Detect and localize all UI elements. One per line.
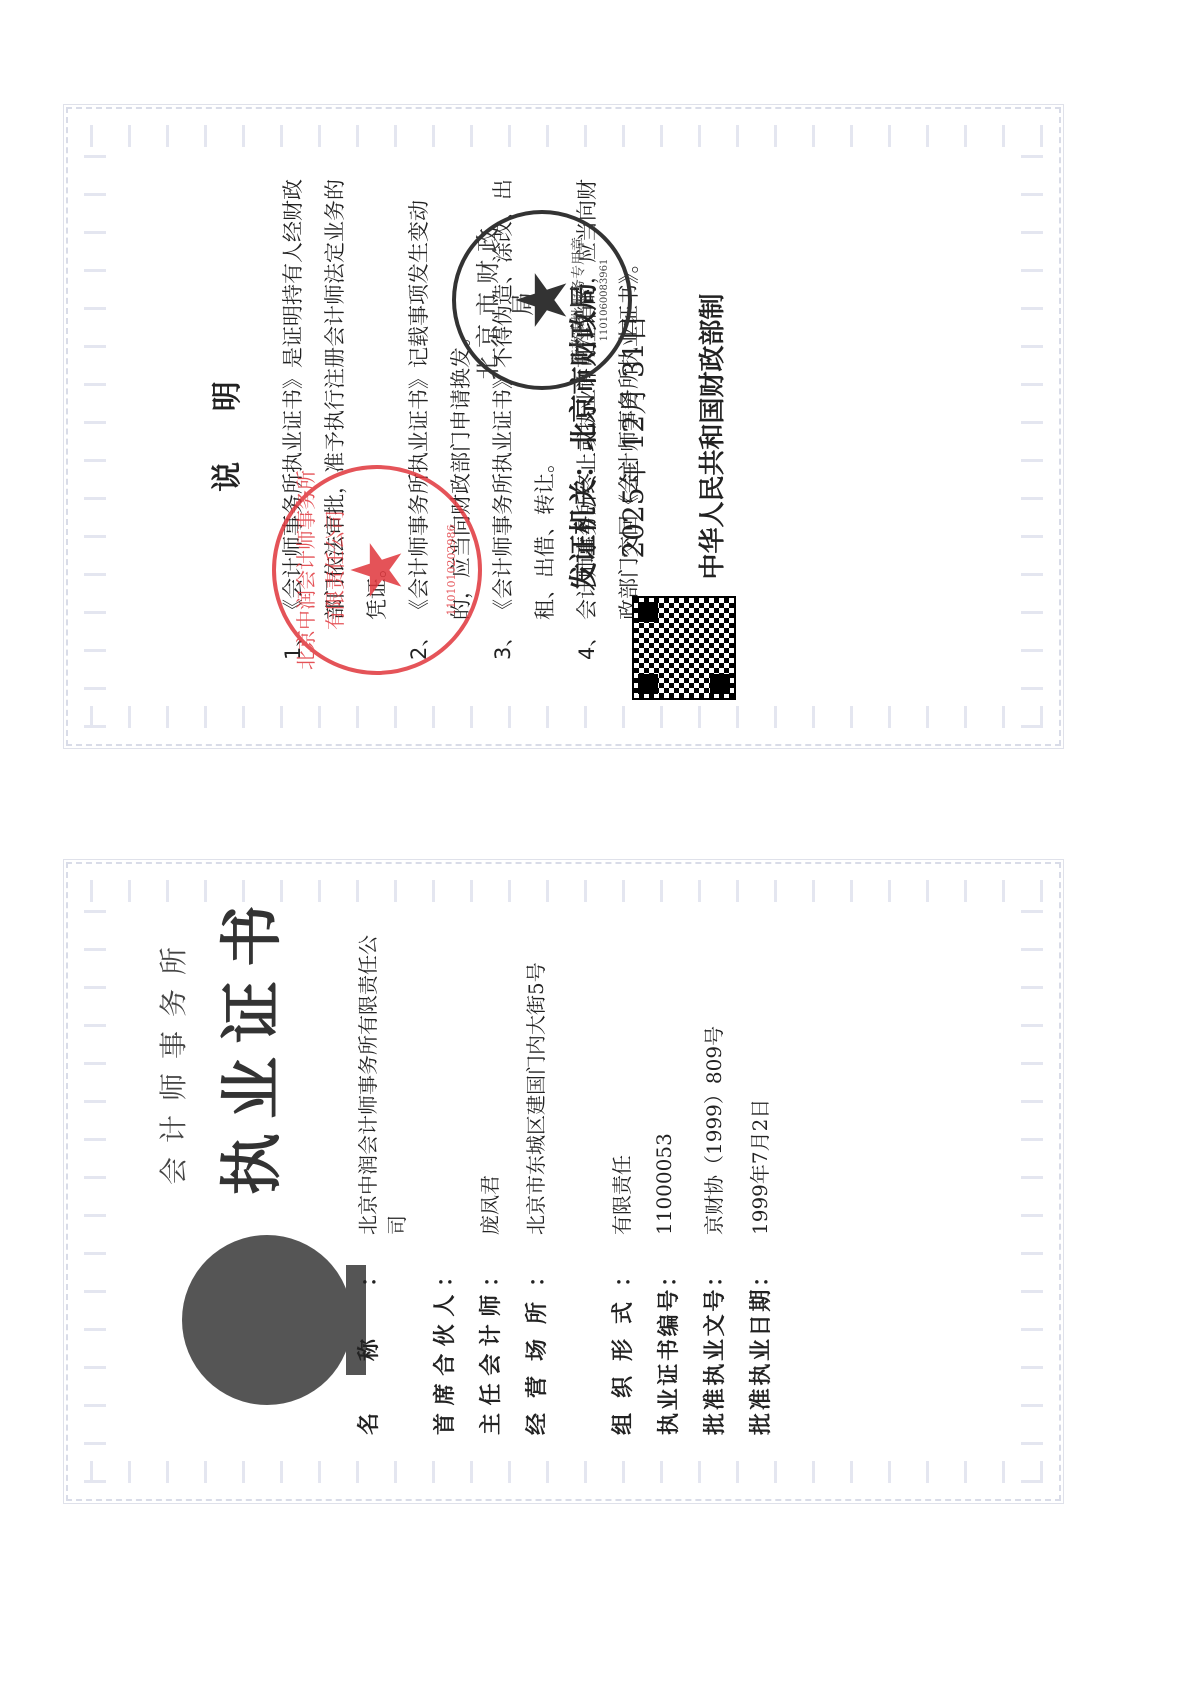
maker-line: 中华人民共和国财政部制 bbox=[692, 153, 729, 720]
certificate-subtitle: 会计师事务所 bbox=[152, 933, 192, 1185]
field-row: 组织形式：有限责任 bbox=[606, 928, 652, 1435]
field-row: 名称：北京中润会计师事务所有限责任公司 bbox=[352, 928, 428, 1435]
field-row: 批准执业文号：京财协（1999）809号 bbox=[698, 928, 744, 1435]
explanation-panel: 说 明 1、《会计师事务所执业证书》是证明持有人经财政部门依法审批，准予执行注册… bbox=[62, 103, 1065, 750]
field-row: 首席合伙人： bbox=[428, 928, 474, 1435]
field-row: 主任会计师：庞凤君 bbox=[474, 928, 520, 1435]
explanation-title: 说 明 bbox=[202, 133, 246, 720]
field-row: 批准执业日期：1999年7月2日 bbox=[744, 928, 790, 1435]
certificate-title: 执业证书 bbox=[202, 891, 291, 1195]
star-icon: ★ bbox=[336, 539, 418, 602]
firm-seal: 北京中润会计师事务所有限责任公司 ★ 1101010202986 bbox=[272, 465, 482, 675]
certificate-fields: 名称：北京中润会计师事务所有限责任公司 首席合伙人： 主任会计师：庞凤君 经营场… bbox=[352, 928, 790, 1435]
issue-date: 2025年 12月 31日 bbox=[612, 153, 652, 720]
certificate-panel: 会计师事务所 执业证书 名称：北京中润会计师事务所有限责任公司 首席合伙人： 主… bbox=[62, 858, 1065, 1505]
national-emblem-icon bbox=[182, 1235, 352, 1405]
field-row: 执业证书编号：11000053 bbox=[652, 928, 698, 1435]
field-row: 经营场所：北京市东城区建国门内大街5号 bbox=[520, 928, 566, 1435]
finance-bureau-seal: 北京市财政局 ★ 行政审批服务专用章 1101060083961 bbox=[452, 210, 632, 390]
